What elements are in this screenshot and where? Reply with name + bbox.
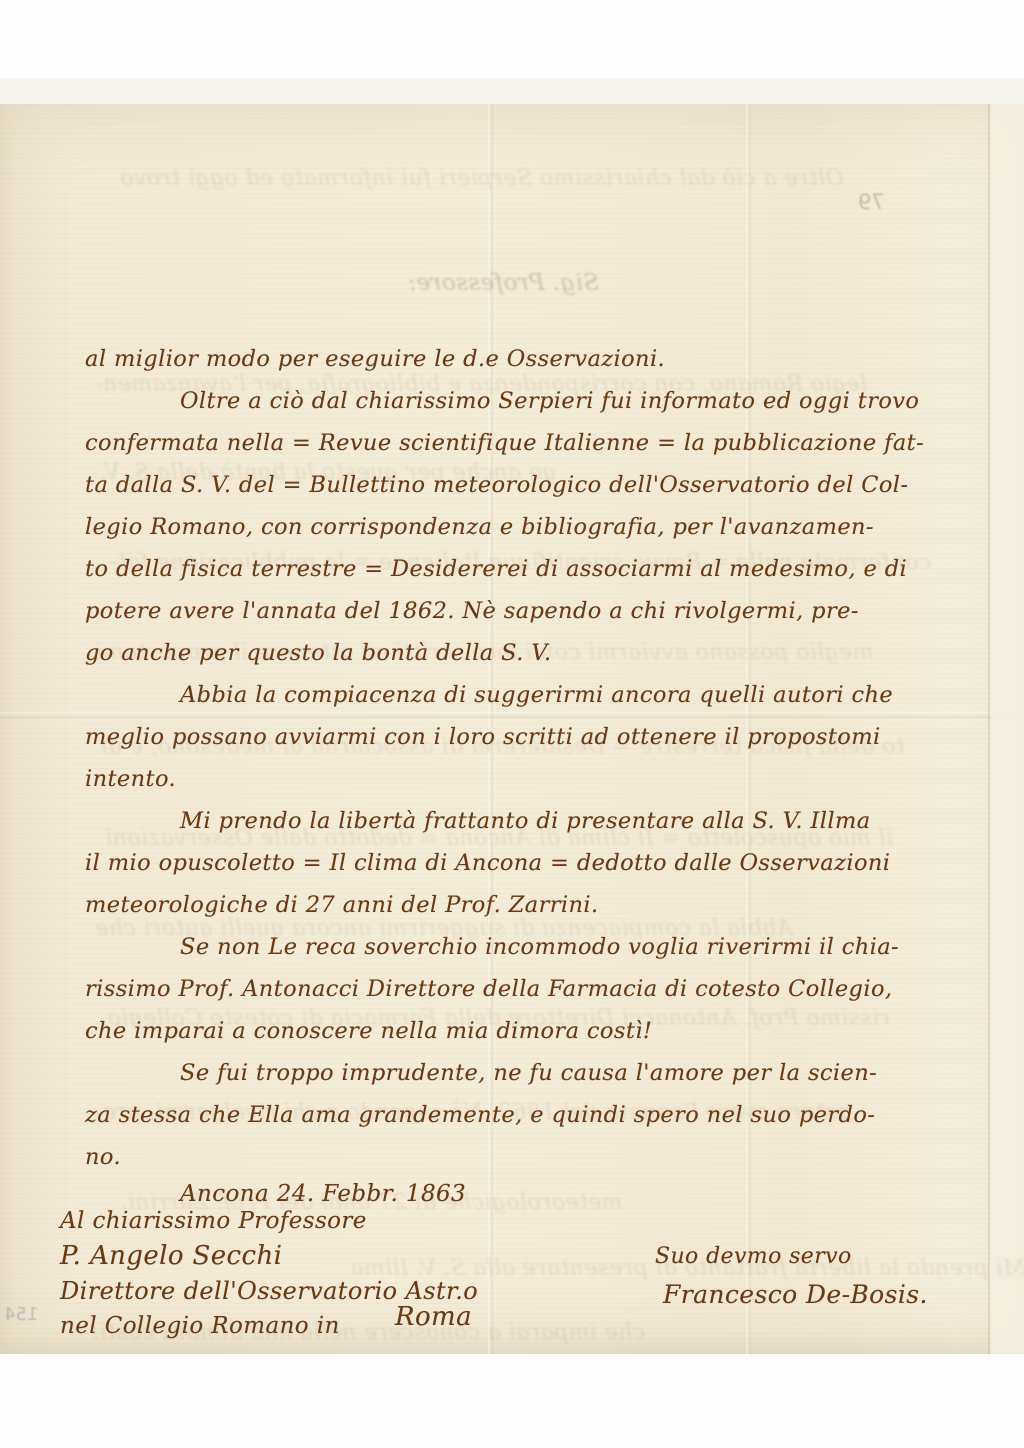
scanner-margin-bottom — [0, 1354, 1024, 1448]
body-line: che imparai a conoscere nella mia dimora… — [85, 1010, 995, 1052]
archival-page-number-bottom: 154 — [4, 1304, 38, 1325]
valediction: Suo devmo servo — [655, 1238, 928, 1276]
body-line: to della fisica terrestre = Desidererei … — [85, 548, 995, 590]
body-line: ta dalla S. V. del = Bullettino meteorol… — [85, 464, 995, 506]
body-line: rissimo Prof. Antonacci Direttore della … — [85, 968, 995, 1010]
body-line: Se fui troppo imprudente, ne fu causa l'… — [85, 1052, 995, 1094]
body-line: meteorologiche di 27 anni del Prof. Zarr… — [85, 884, 995, 926]
letter-body: al miglior modo per eseguire le d.e Osse… — [85, 338, 995, 1216]
paper-top-edge-shadow — [0, 78, 1024, 104]
bleed-through-line: Oltre a ciò dal chiarissimo Serpieri fui… — [120, 166, 844, 191]
letter-scan: Oltre a ciò dal chiarissimo Serpieri fui… — [0, 0, 1024, 1448]
archival-page-number-top: 79 — [858, 190, 885, 214]
letter-paper: Oltre a ciò dal chiarissimo Serpieri fui… — [0, 104, 1024, 1354]
recipient-line: Al chiarissimo Professore — [60, 1204, 478, 1239]
signature-name: Francesco De-Bosis. — [655, 1276, 928, 1314]
bleed-through-heading: Sig. Professore: — [408, 270, 599, 296]
body-line: il mio opuscoletto = Il clima di Ancona … — [85, 842, 995, 884]
body-line: za stessa che Ella ama grandemente, e qu… — [85, 1094, 995, 1136]
body-line: legio Romano, con corrispondenza e bibli… — [85, 506, 995, 548]
body-line: Mi prendo la libertà frattanto di presen… — [85, 800, 995, 842]
signature-block: Suo devmo servo Francesco De-Bosis. — [655, 1238, 928, 1314]
recipient-city: Roma — [395, 1302, 472, 1332]
body-line: go anche per questo la bontà della S. V. — [85, 632, 995, 674]
body-line: Se non Le reca soverchio incommodo vogli… — [85, 926, 995, 968]
body-line: confermata nella = Revue scientifique It… — [85, 422, 995, 464]
folded-leaf-edge — [991, 104, 1024, 1354]
body-line: al miglior modo per eseguire le d.e Osse… — [85, 338, 995, 380]
body-line: Oltre a ciò dal chiarissimo Serpieri fui… — [85, 380, 995, 422]
body-line: Abbia la compiacenza di suggerirmi ancor… — [85, 674, 995, 716]
recipient-name: P. Angelo Secchi — [60, 1239, 478, 1274]
body-line: intento. — [85, 758, 995, 800]
body-line: potere avere l'annata del 1862. Nè sapen… — [85, 590, 995, 632]
scanner-margin-top — [0, 0, 1024, 78]
body-line: meglio possano avviarmi con i loro scrit… — [85, 716, 995, 758]
